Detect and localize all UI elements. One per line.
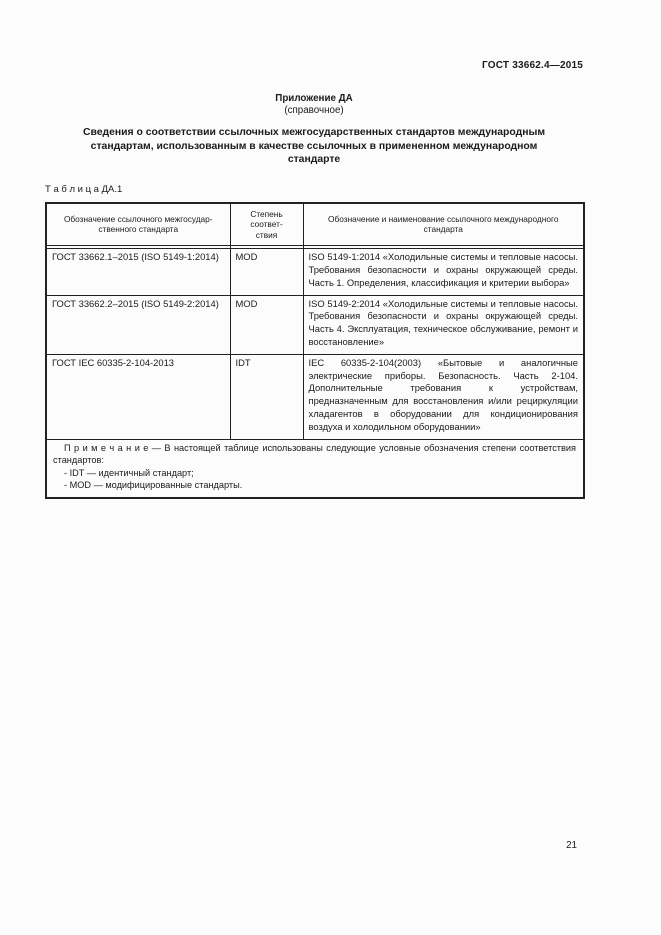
note-intro: П р и м е ч а н и е — В настоящей таблиц… — [53, 442, 576, 467]
standards-correspondence-table: Обозначение ссылочного межгосудар- ствен… — [45, 202, 585, 500]
cell-degree: IDT — [230, 354, 303, 439]
cell-reference-standard: ГОСТ 33662.2–2015 (ISO 5149-2:2014) — [46, 295, 230, 354]
col-header-line: соответ- — [250, 219, 282, 229]
cell-reference-standard: ГОСТ IEC 60335-2-104-2013 — [46, 354, 230, 439]
cell-degree: MOD — [230, 249, 303, 295]
col-header-line: ственного стандарта — [98, 224, 178, 234]
document-page: ГОСТ 33662.4—2015 Приложение ДА (справоч… — [45, 0, 583, 499]
section-heading: Сведения о соответствии ссылочных межгос… — [45, 126, 583, 167]
page-number: 21 — [566, 840, 577, 852]
col-header-line: Обозначение и наименование ссылочного ме… — [328, 214, 558, 224]
table-label: Т а б л и ц а ДА.1 — [45, 184, 583, 195]
cell-international-standard: ISO 5149-1:2014 «Холодильные системы и т… — [303, 249, 584, 295]
cell-international-standard: IEC 60335-2-104(2003) «Бытовые и аналоги… — [303, 354, 584, 439]
annex-title: Приложение ДА — [45, 93, 583, 105]
col-header-degree: Степень соответ- ствия — [230, 203, 303, 246]
cell-degree: MOD — [230, 295, 303, 354]
table-header-row: Обозначение ссылочного межгосудар- ствен… — [46, 203, 584, 246]
col-header-line: Обозначение ссылочного межгосудар- — [64, 214, 213, 224]
note-item: - IDT — идентичный стандарт; — [53, 467, 576, 480]
section-heading-line: Сведения о соответствии ссылочных межгос… — [45, 126, 583, 140]
section-heading-line: стандартам, использованным в качестве сс… — [45, 140, 583, 154]
table-row: ГОСТ 33662.2–2015 (ISO 5149-2:2014) MOD … — [46, 295, 584, 354]
section-heading-line: стандарте — [45, 153, 583, 167]
cell-international-standard: ISO 5149-2:2014 «Холодильные системы и т… — [303, 295, 584, 354]
note-row: П р и м е ч а н и е — В настоящей таблиц… — [46, 439, 584, 498]
table-row: ГОСТ IEC 60335-2-104-2013 IDT IEC 60335-… — [46, 354, 584, 439]
cell-reference-standard: ГОСТ 33662.1–2015 (ISO 5149-1:2014) — [46, 249, 230, 295]
col-header-line: ствия — [256, 230, 277, 240]
table-note: П р и м е ч а н и е — В настоящей таблиц… — [46, 439, 584, 498]
col-header-reference-standard: Обозначение ссылочного межгосудар- ствен… — [46, 203, 230, 246]
note-item: - MOD — модифицированные стандарты. — [53, 479, 576, 492]
table-row: ГОСТ 33662.1–2015 (ISO 5149-1:2014) MOD … — [46, 249, 584, 295]
col-header-line: Степень — [250, 209, 282, 219]
col-header-international-standard: Обозначение и наименование ссылочного ме… — [303, 203, 584, 246]
annex-subtitle: (справочное) — [45, 105, 583, 117]
doc-number: ГОСТ 33662.4—2015 — [45, 60, 583, 72]
col-header-line: стандарта — [424, 224, 463, 234]
